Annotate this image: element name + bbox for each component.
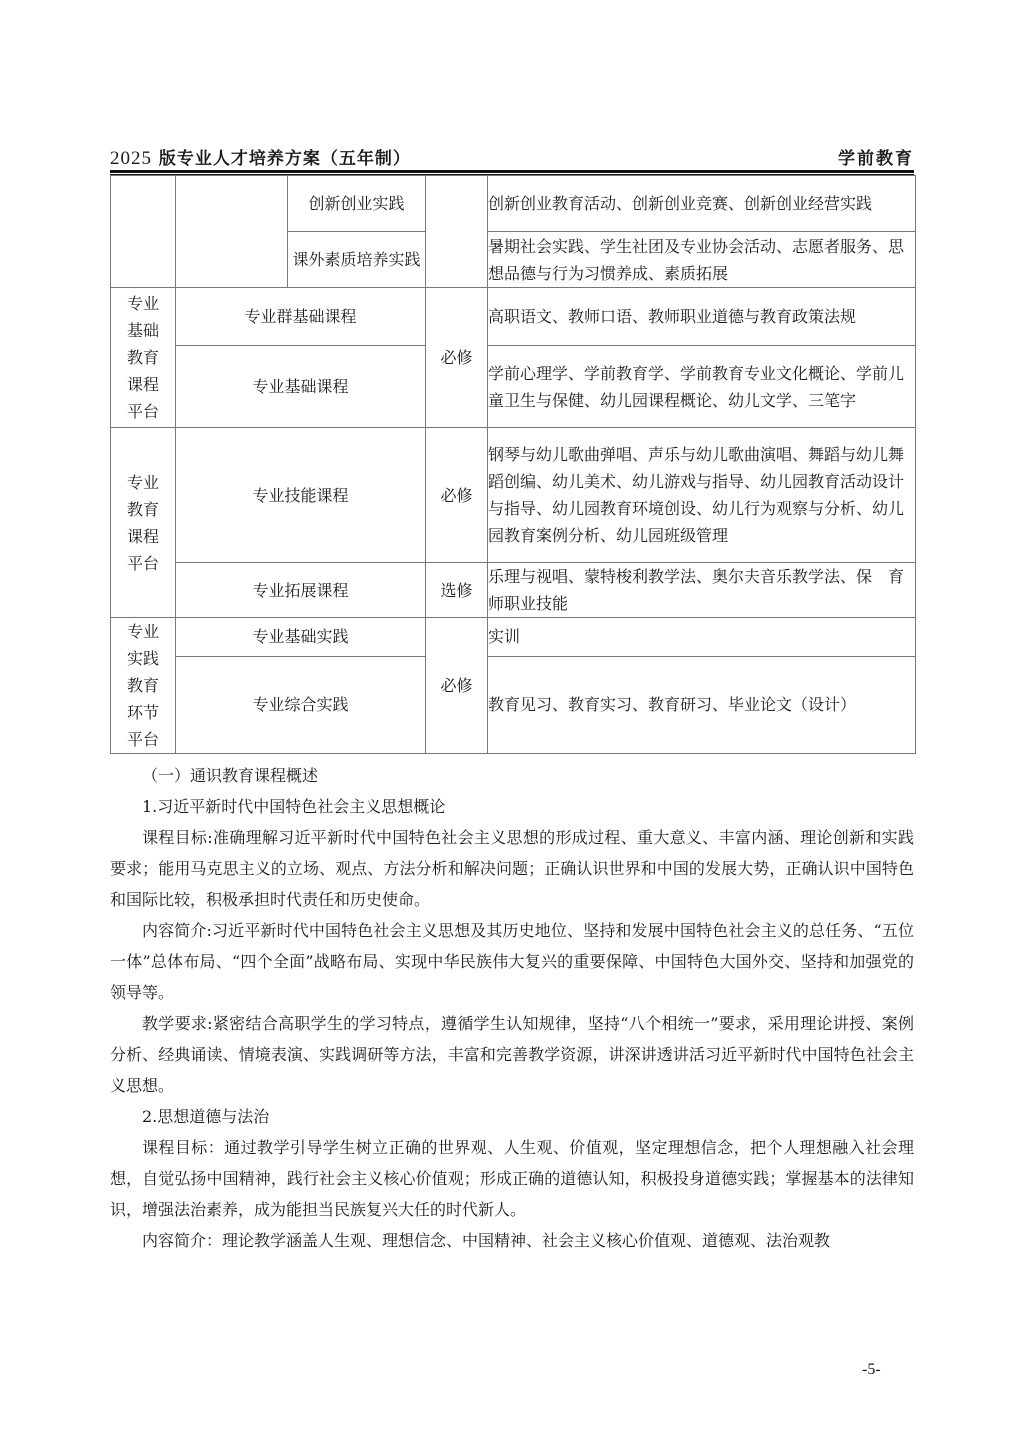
course-title: 2.思想道德与法治 xyxy=(110,1101,914,1132)
courses-cell: 钢琴与幼儿歌曲弹唱、声乐与幼儿歌曲演唱、舞蹈与幼儿舞蹈创编、幼儿美术、幼儿游戏与… xyxy=(488,428,916,563)
year: 2025 xyxy=(110,148,152,169)
table-row: 专业教育课程平台 专业技能课程 必修 钢琴与幼儿歌曲弹唱、声乐与幼儿歌曲演唱、舞… xyxy=(111,428,916,563)
platform-name: 专业基础教育课程平台 xyxy=(126,290,160,425)
document-title: 2025 版专业人才培养方案（五年制） xyxy=(110,144,411,170)
course-content: 内容简介:习近平新时代中国特色社会主义思想及其历史地位、坚持和发展中国特色社会主… xyxy=(110,915,914,1008)
courses-cell: 实训 xyxy=(488,618,916,657)
table-row: 专业拓展课程 选修 乐理与视唱、蒙特梭利教学法、奥尔夫音乐教学法、保 育师职业技… xyxy=(111,563,916,618)
requirement-cell: 必修 xyxy=(426,288,488,428)
requirement-cell: 选修 xyxy=(426,563,488,618)
course-teaching: 教学要求:紧密结合高职学生的学习特点，遵循学生认知规律，坚持“八个相统一”要求，… xyxy=(110,1008,914,1101)
module-cell: 专业群基础课程 xyxy=(176,288,426,346)
table-row: 专业基础教育课程平台 专业群基础课程 必修 高职语文、教师口语、教师职业道德与教… xyxy=(111,288,916,346)
platform-cell: 专业基础教育课程平台 xyxy=(111,288,176,428)
platform-name: 专业教育课程平台 xyxy=(126,469,160,577)
courses-cell: 高职语文、教师口语、教师职业道德与教育政策法规 xyxy=(488,288,916,346)
major-name: 学前教育 xyxy=(838,144,914,169)
page-header: 2025 版专业人才培养方案（五年制） 学前教育 xyxy=(110,142,914,170)
requirement-cell: 必修 xyxy=(426,428,488,563)
requirement-cell: 必修 xyxy=(426,618,488,754)
courses-cell: 创新创业教育活动、创新创业竞赛、创新创业经营实践 xyxy=(488,176,916,232)
module-cell-empty xyxy=(176,176,288,288)
module-cell: 专业综合实践 xyxy=(176,656,426,753)
module-cell: 专业基础实践 xyxy=(176,618,426,657)
course-goal: 课程目标:准确理解习近平新时代中国特色社会主义思想的形成过程、重大意义、丰富内涵… xyxy=(110,822,914,915)
platform-cell: 专业实践教育环节平台 xyxy=(111,618,176,754)
body-text: （一）通识教育课程概述 1.习近平新时代中国特色社会主义思想概论 课程目标:准确… xyxy=(110,760,914,1256)
platform-name: 专业实践教育环节平台 xyxy=(126,618,160,753)
table-row: 创新创业实践 创新创业教育活动、创新创业竞赛、创新创业经营实践 xyxy=(111,176,916,232)
courses-cell: 教育见习、教育实习、教育研习、毕业论文（设计） xyxy=(488,656,916,753)
module-cell: 专业技能课程 xyxy=(176,428,426,563)
curriculum-table: 创新创业实践 创新创业教育活动、创新创业竞赛、创新创业经营实践 课外素质培养实践… xyxy=(110,175,916,754)
page-number: -5- xyxy=(862,1361,881,1379)
platform-cell-empty xyxy=(111,176,176,288)
category-cell: 创新创业实践 xyxy=(288,176,426,232)
table-row: 专业实践教育环节平台 专业基础实践 必修 实训 xyxy=(111,618,916,657)
module-cell: 专业基础课程 xyxy=(176,346,426,428)
table-row: 专业基础课程 学前心理学、学前教育学、学前教育专业文化概论、学前儿童卫生与保健、… xyxy=(111,346,916,428)
courses-cell: 乐理与视唱、蒙特梭利教学法、奥尔夫音乐教学法、保 育师职业技能 xyxy=(488,563,916,618)
course-content: 内容简介：理论教学涵盖人生观、理想信念、中国精神、社会主义核心价值观、道德观、法… xyxy=(110,1225,914,1256)
platform-cell: 专业教育课程平台 xyxy=(111,428,176,618)
category-cell: 课外素质培养实践 xyxy=(288,232,426,288)
courses-cell: 暑期社会实践、学生社团及专业协会活动、志愿者服务、思想品德与行为习惯养成、素质拓… xyxy=(488,232,916,288)
courses-cell: 学前心理学、学前教育学、学前教育专业文化概论、学前儿童卫生与保健、幼儿园课程概论… xyxy=(488,346,916,428)
table-row: 专业综合实践 教育见习、教育实习、教育研习、毕业论文（设计） xyxy=(111,656,916,753)
course-title: 1.习近平新时代中国特色社会主义思想概论 xyxy=(110,791,914,822)
module-cell: 专业拓展课程 xyxy=(176,563,426,618)
section-heading: （一）通识教育课程概述 xyxy=(110,760,914,791)
course-goal: 课程目标：通过教学引导学生树立正确的世界观、人生观、价值观，坚定理想信念，把个人… xyxy=(110,1132,914,1225)
requirement-cell-empty xyxy=(426,176,488,288)
title-text: 版专业人才培养方案（五年制） xyxy=(152,149,411,169)
